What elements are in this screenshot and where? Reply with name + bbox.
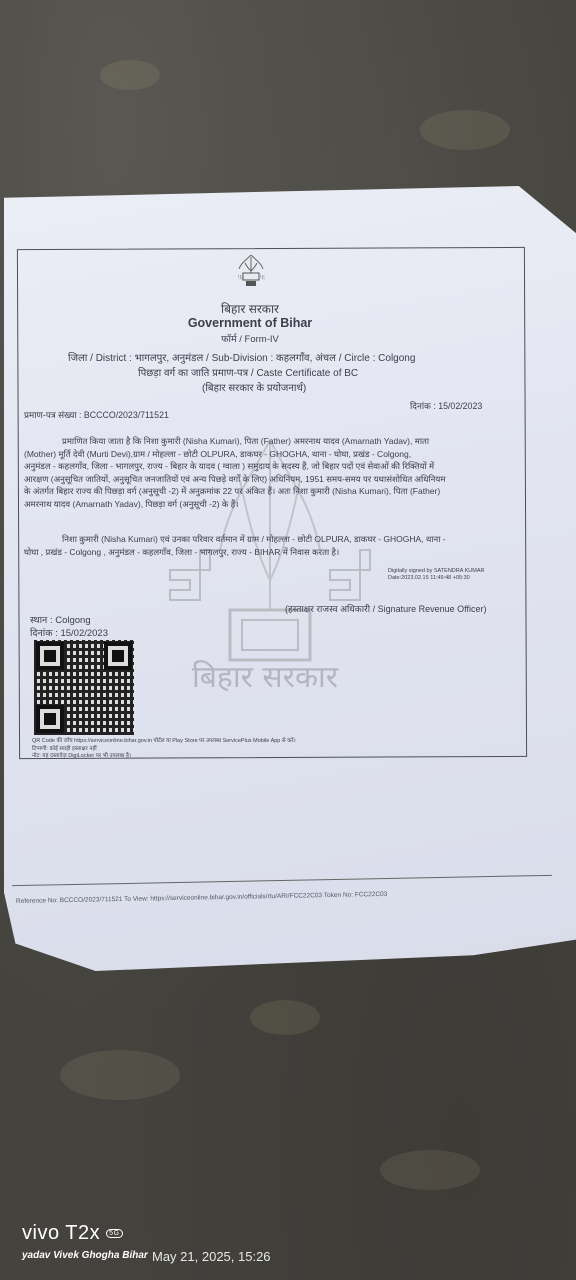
certificate-number: प्रमाण-पत्र संख्या : BCCCO/2023/711521 [24, 409, 169, 421]
paragraph-line: (Mother) मूर्ति देवी (Murti Devi),ग्राम … [24, 448, 445, 461]
signature-label: (हस्ताक्षर राजस्व अधिकारी / Signature Re… [285, 602, 486, 615]
place: स्थान : Colgong [30, 613, 91, 626]
floor-texture [100, 60, 160, 90]
floor-texture [60, 1050, 180, 1100]
svg-text:卐: 卐 [260, 275, 265, 281]
body-paragraph-2: निशा कुमारी (Nisha Kumari) एवं उनका परिव… [24, 533, 446, 558]
certificate-title: पिछड़ा वर्ग का जाति प्रमाण-पत्र / Caste … [138, 365, 358, 379]
issue-date-top: दिनांक : 15/02/2023 [410, 400, 482, 412]
paragraph-line: अनुमंडल - कहलगाँव, जिला - भागलपुर, राज्य… [24, 460, 445, 473]
camera-device-label: vivo T2x 5G [22, 1222, 123, 1245]
district-line: जिला / District : भागलपुर, अनुमंडल / Sub… [68, 350, 415, 364]
network-badge: 5G [106, 1229, 122, 1238]
bihar-emblem-icon: 卐 卐 [233, 253, 269, 287]
qr-note-line: टिप्पणी: कोई स्याही हस्ताक्षर नहीं [32, 746, 296, 754]
device-name: vivo T2x [22, 1222, 100, 1244]
paragraph-line: घोघा , प्रखंड - Colgong , अनुमंडल - कहलग… [24, 546, 446, 559]
qr-note-line: नोट: यह दस्तावेज़ DigiLocker पर भी उपलब्… [32, 753, 296, 761]
qr-code-icon[interactable] [34, 640, 134, 735]
paragraph-line: आरक्षण (अनुसूचित जातियों, अनुसूचित जनजात… [24, 473, 445, 486]
digital-signature: Digitally signed by SATENDRA KUMAR Date:… [388, 568, 484, 582]
header-hindi: बिहार सरकार [180, 300, 320, 317]
floor-texture [380, 1150, 480, 1190]
floor-texture [420, 110, 510, 150]
watermark-text: बिहार सरकार [192, 655, 338, 696]
body-paragraph-1: प्रमाणित किया जाता है कि निशा कुमारी (Ni… [24, 435, 445, 510]
header-government: Government of Bihar [170, 316, 330, 330]
qr-note-line: QR Code की जाँच https://serviceonline.bi… [32, 738, 296, 746]
qr-verification-note: QR Code की जाँच https://serviceonline.bi… [32, 738, 296, 761]
form-label: फॉर्म / Form-IV [180, 332, 320, 345]
paragraph-line: प्रमाणित किया जाता है कि निशा कुमारी (Ni… [24, 435, 445, 448]
paragraph-line: अमरनाथ यादव (Amarnath Yadav), पिछड़ा वर्… [24, 498, 445, 511]
floor-texture [250, 1000, 320, 1035]
signed-by: Digitally signed by SATENDRA KUMAR [388, 568, 484, 575]
svg-text:卐: 卐 [238, 275, 243, 281]
certificate-purpose: (बिहार सरकार के प्रयोजनार्थ) [202, 380, 306, 394]
issue-date-bottom: दिनांक : 15/02/2023 [30, 626, 108, 639]
signed-date: Date:2023.02.15 11:49:48 +05:30 [388, 575, 484, 582]
camera-user-location: yadav Vivek Ghogha Bihar [22, 1250, 148, 1261]
paragraph-line: निशा कुमारी (Nisha Kumari) एवं उनका परिव… [24, 533, 446, 546]
camera-timestamp: May 21, 2025, 15:26 [152, 1249, 271, 1264]
paragraph-line: के अंतर्गत बिहार राज्य की पिछड़ा वर्ग (अ… [24, 485, 445, 498]
